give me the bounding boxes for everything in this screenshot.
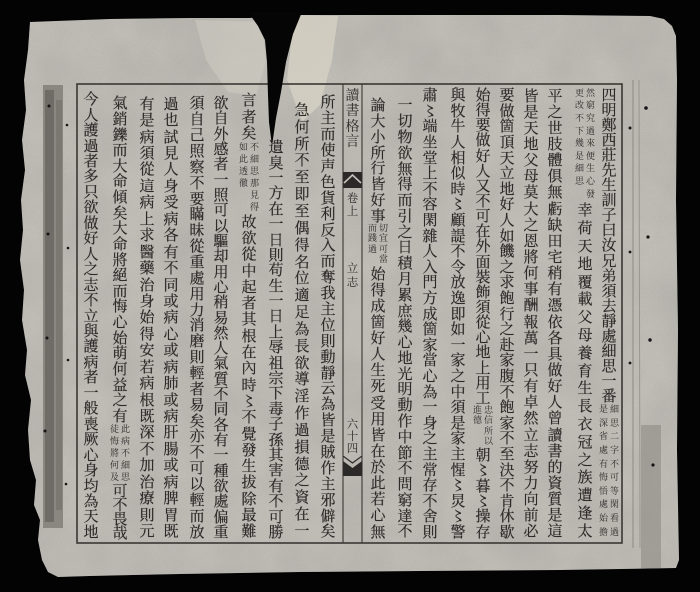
scanned-book-page: 讀書格言 卷上 立志 六十四 四明鄭西莊先生訓子曰汝兄弟須去靜處細思一番 細思二… — [0, 0, 700, 592]
paper-tear — [0, 0, 700, 592]
